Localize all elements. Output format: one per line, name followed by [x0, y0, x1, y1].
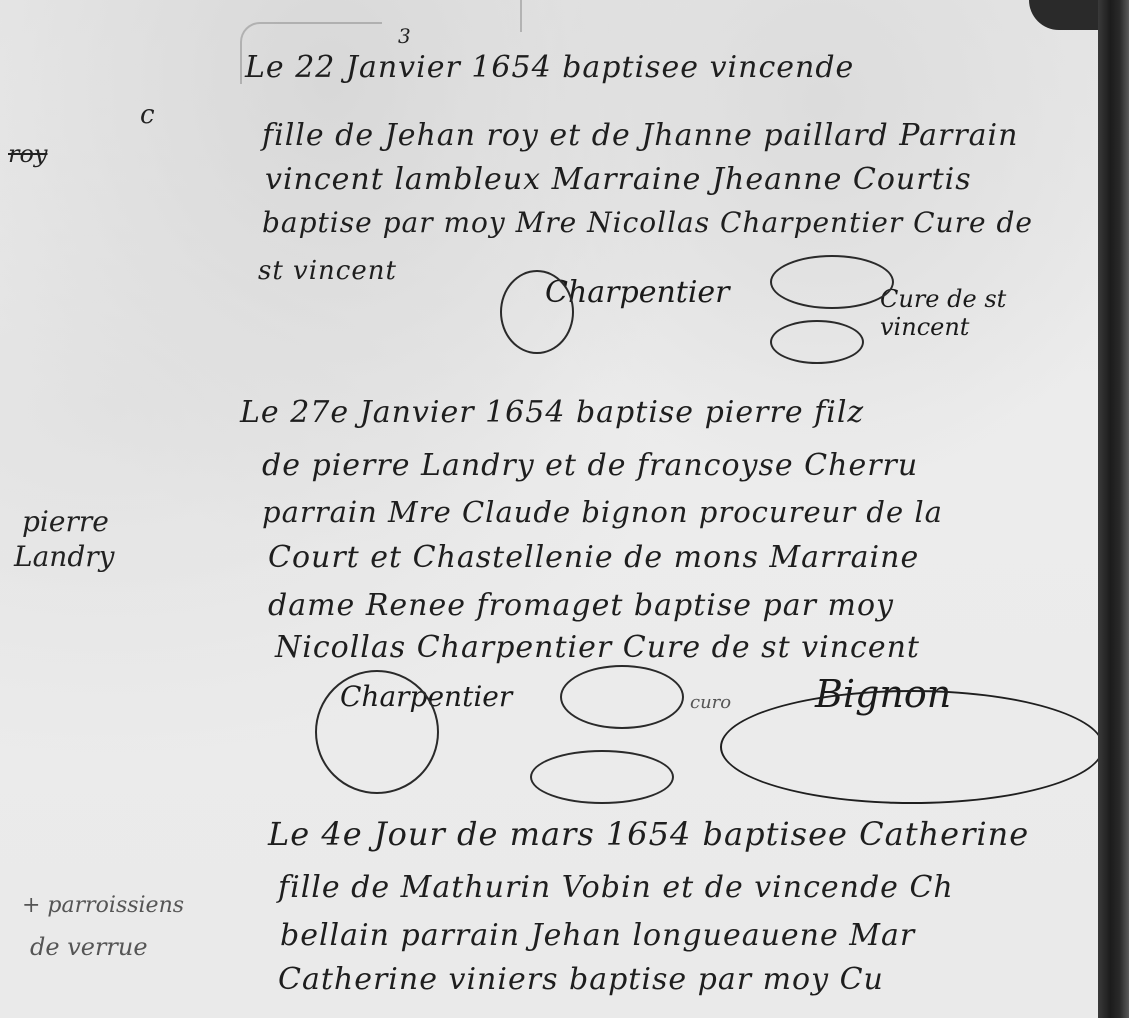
entry-line: dame Renee fromaget baptise par moy — [268, 588, 894, 623]
entry-line: Court et Chastellenie de mons Marraine — [268, 540, 919, 575]
entry-line: fille de Jehan roy et de Jhanne paillard… — [262, 118, 1018, 153]
entry-line: de pierre Landry et de francoyse Cherru — [262, 448, 918, 483]
entry-line: Le 4e Jour de mars 1654 baptisee Catheri… — [268, 815, 1029, 853]
margin-note-line: roy — [8, 140, 47, 168]
entry-line: Le 27e Janvier 1654 baptise pierre filz — [240, 395, 864, 430]
margin-note-line: Landry — [14, 540, 114, 573]
manuscript-page: 3 c roy Le 22 Janvier 1654 baptisee vinc… — [0, 0, 1098, 1018]
signature-flourish — [770, 255, 894, 309]
entry-line: Le 22 Janvier 1654 baptisee vincende — [245, 50, 854, 85]
signature-title: curo — [690, 692, 731, 713]
signature-title: Cure de st vincent — [880, 285, 1030, 341]
paper-tear — [520, 0, 522, 32]
margin-note-line: de verrue — [30, 933, 148, 961]
margin-fragment: c — [140, 100, 155, 130]
entry-line: baptise par moy Mre Nicollas Charpentier… — [262, 206, 1033, 239]
margin-note-line: + parroissiens — [22, 893, 184, 918]
margin-note-line: pierre — [22, 505, 109, 538]
signature-flourish — [315, 670, 439, 794]
binding-edge — [1098, 0, 1129, 1018]
signature-flourish — [720, 690, 1104, 804]
entry-line: st vincent — [258, 256, 397, 286]
signature-flourish — [530, 750, 674, 804]
entry-line: Nicollas Charpentier Cure de st vincent — [275, 630, 920, 665]
header-mark: 3 — [398, 24, 411, 48]
signature-flourish — [500, 270, 574, 354]
entry-line: fille de Mathurin Vobin et de vincende C… — [278, 870, 954, 905]
entry-line: bellain parrain Jehan longueauene Mar — [280, 918, 915, 953]
entry-line: vincent lambleux Marraine Jheanne Courti… — [265, 162, 972, 197]
signature-flourish — [560, 665, 684, 729]
entry-line: parrain Mre Claude bignon procureur de l… — [262, 495, 943, 529]
signature-flourish — [770, 320, 864, 364]
entry-line: Catherine viniers baptise par moy Cu — [278, 962, 884, 997]
